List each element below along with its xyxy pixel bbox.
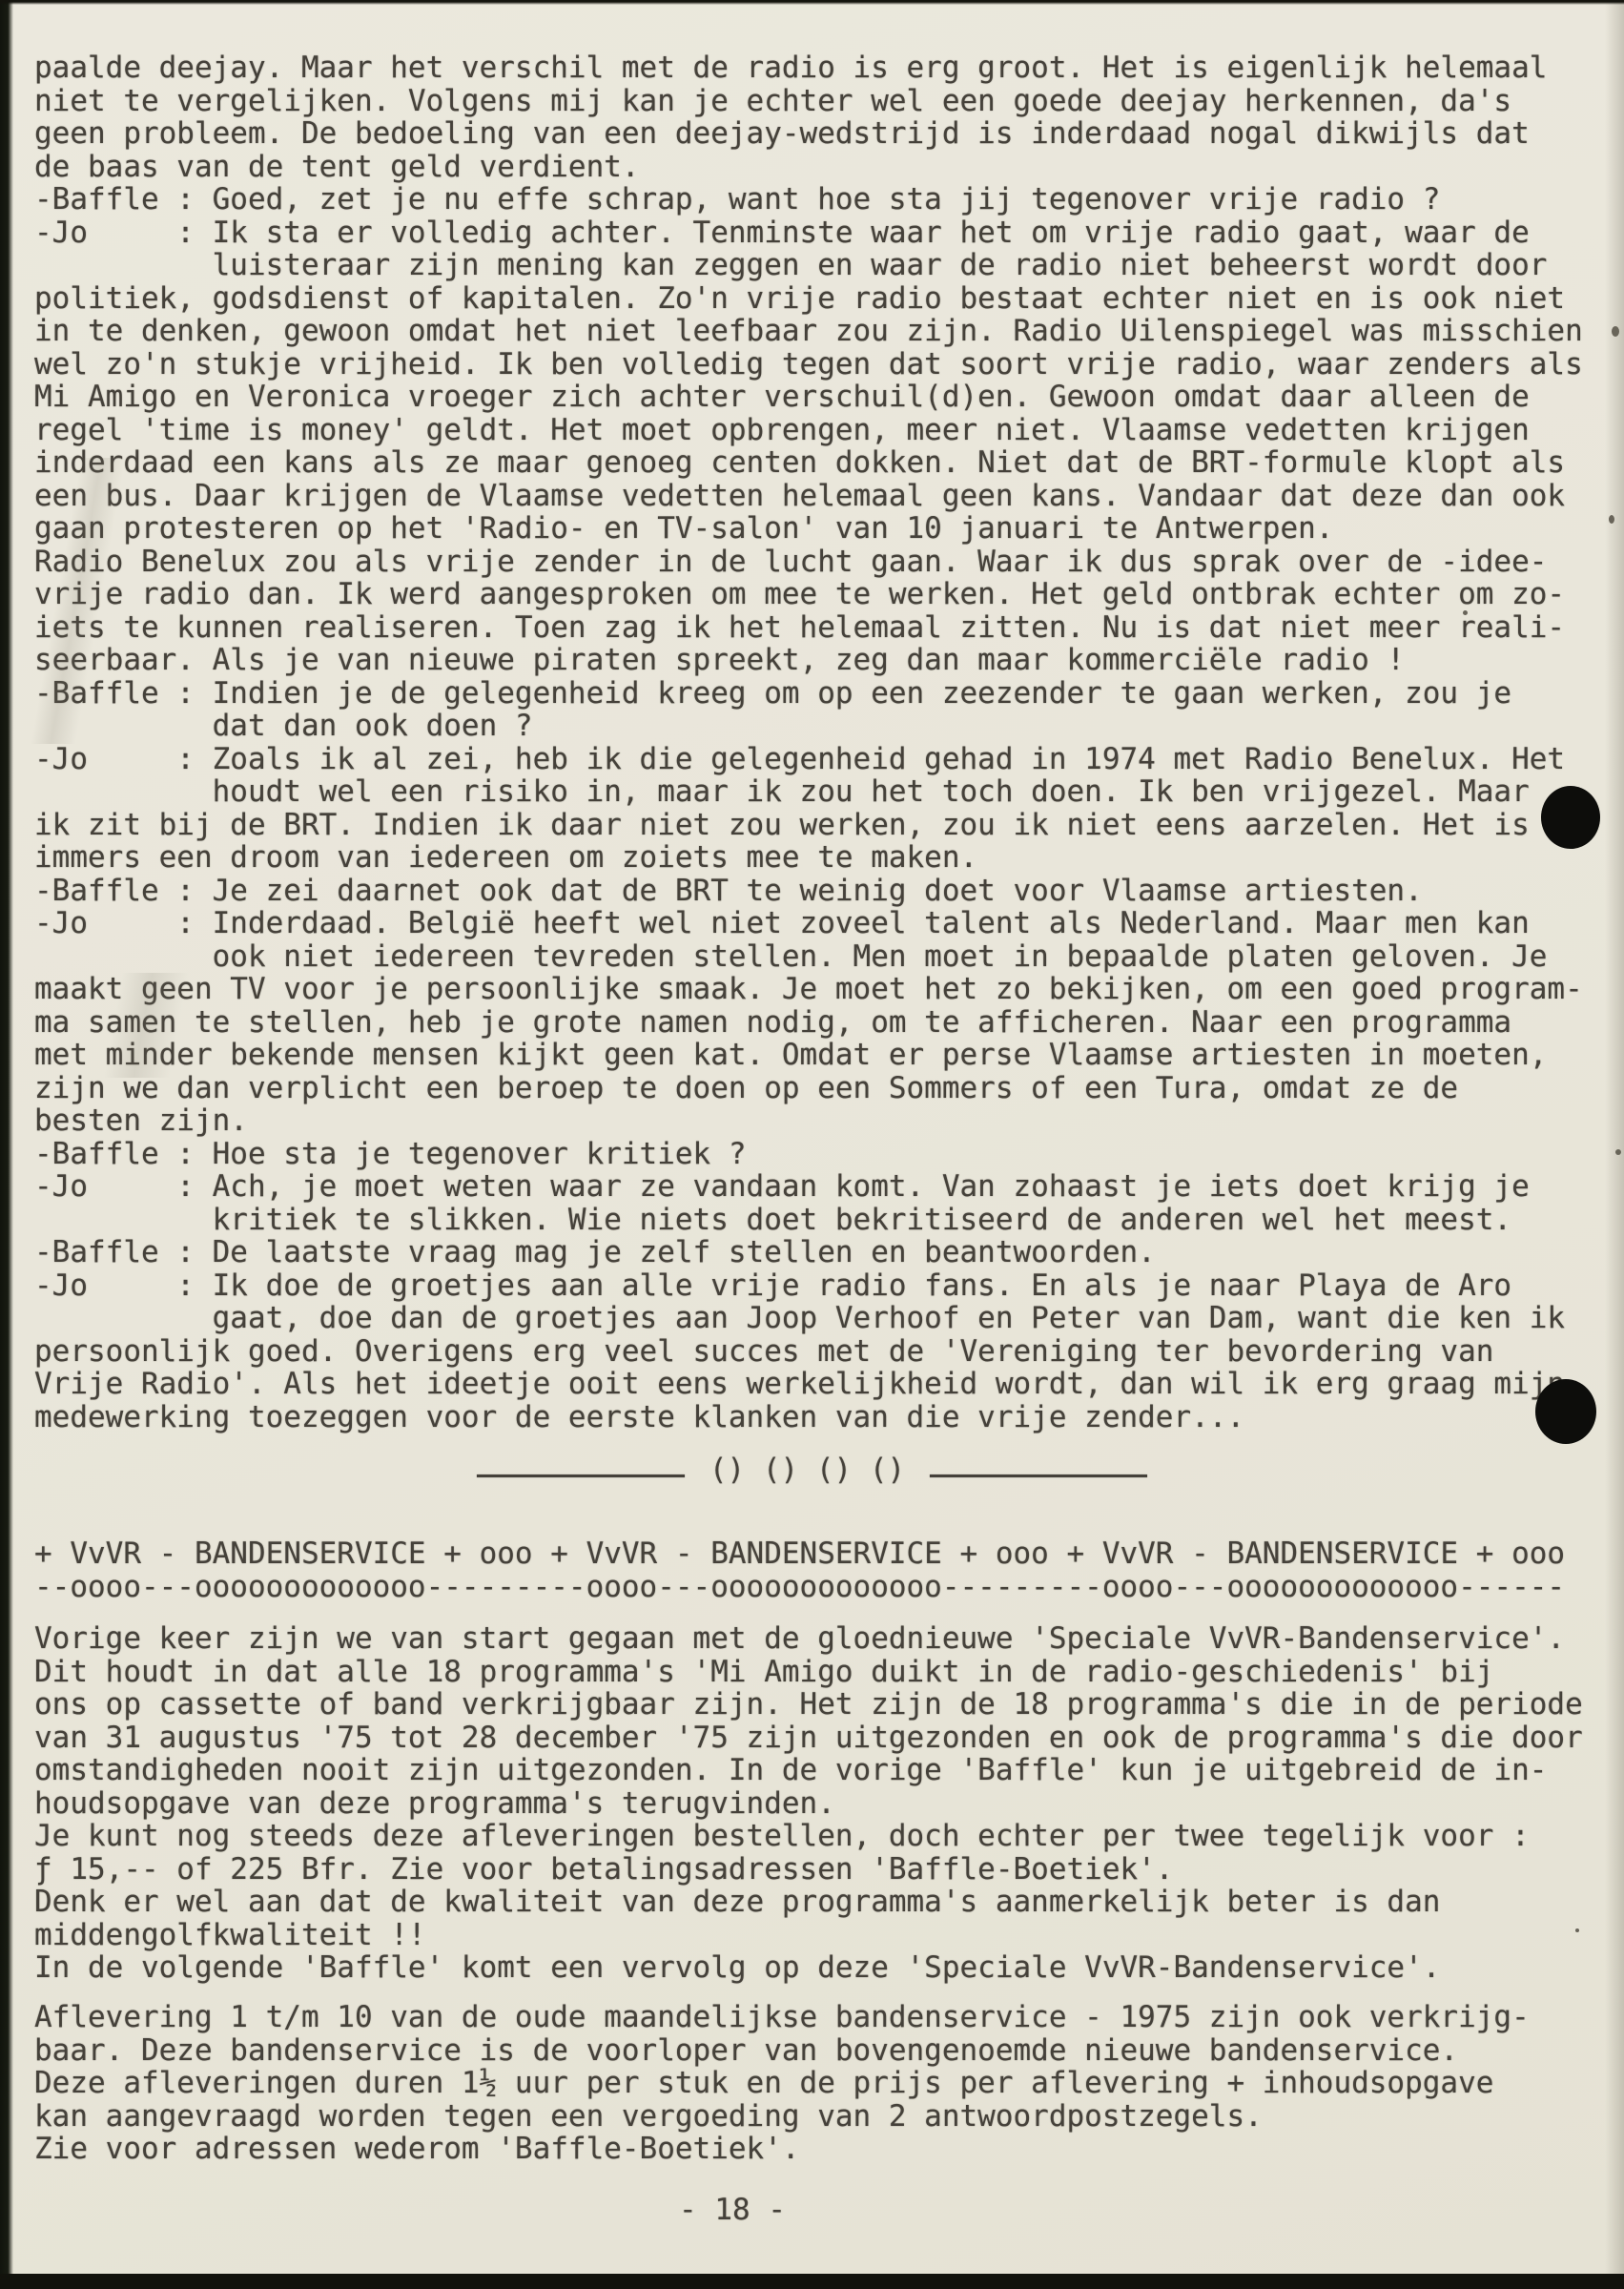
typed-line: zijn we dan verplicht een beroep te doen… xyxy=(34,1072,1583,1105)
scan-edge-top xyxy=(0,0,1624,5)
interview-text-block: paalde deejay. Maar het verschil met de … xyxy=(34,52,1583,1433)
typed-line: kritiek te slikken. Wie niets doet bekri… xyxy=(34,1204,1583,1237)
bandenservice-banner-title: + VvVR - BANDENSERVICE + ooo + VvVR - BA… xyxy=(34,1537,1565,1571)
typed-line: -Jo : Inderdaad. België heeft wel niet z… xyxy=(34,907,1583,940)
bandenservice-text-block: Vorige keer zijn we van start gegaan met… xyxy=(34,1622,1583,1985)
typed-line: inderdaad een kans als ze maar genoeg ce… xyxy=(34,446,1583,480)
divider-rule-right xyxy=(930,1474,1147,1477)
typed-line: -Jo : Ach, je moet weten waar ze vandaan… xyxy=(34,1170,1583,1204)
typed-line: dat dan ook doen ? xyxy=(34,710,1583,743)
typed-line: Zie voor adressen wederom 'Baffle-Boetie… xyxy=(34,2133,1530,2166)
typed-line: -Baffle : De laatste vraag mag je zelf s… xyxy=(34,1236,1583,1269)
hole-punch-bottom xyxy=(1535,1379,1596,1444)
typed-line: -Jo : Ik sta er volledig achter. Tenmins… xyxy=(34,217,1583,250)
bandenservice-banner-underline: --oooo---ooooooooooooo---------oooo---oo… xyxy=(34,1571,1565,1604)
typed-line: iets te kunnen realiseren. Toen zag ik h… xyxy=(34,611,1583,645)
scanned-typewritten-page: paalde deejay. Maar het verschil met de … xyxy=(0,0,1624,2289)
typed-line: -Baffle : Je zei daarnet ook dat de BRT … xyxy=(34,875,1583,908)
typed-line: regel 'time is money' geldt. Het moet op… xyxy=(34,414,1583,447)
typed-line: maakt geen TV voor je persoonlijke smaak… xyxy=(34,973,1583,1006)
typed-line: -Baffle : Goed, zet je nu effe schrap, w… xyxy=(34,183,1583,217)
typed-line: niet te vergelijken. Volgens mij kan je … xyxy=(34,85,1583,118)
typed-line: Deze afleveringen duren 1½ uur per stuk … xyxy=(34,2067,1530,2100)
typed-line: politiek, godsdienst of kapitalen. Zo'n … xyxy=(34,282,1583,316)
typed-line: persoonlijk goed. Overigens erg veel suc… xyxy=(34,1335,1583,1369)
typed-line: In de volgende 'Baffle' komt een vervolg… xyxy=(34,1951,1583,1985)
page-number: - 18 - xyxy=(679,2194,786,2227)
typed-line: ƒ 15,-- of 225 Bfr. Zie voor betalingsad… xyxy=(34,1853,1583,1887)
typed-line: Vorige keer zijn we van start gegaan met… xyxy=(34,1622,1583,1656)
typed-line: baar. Deze bandenservice is de voorloper… xyxy=(34,2034,1530,2068)
typed-line: Radio Benelux zou als vrije zender in de… xyxy=(34,546,1583,579)
typed-line: -Jo : Zoals ik al zei, heb ik die gelege… xyxy=(34,743,1583,776)
divider-rule-left xyxy=(477,1474,685,1477)
typed-line: de baas van de tent geld verdient. xyxy=(34,151,1583,184)
section-divider: () () () () xyxy=(0,1454,1624,1487)
hole-punch-top xyxy=(1541,786,1600,849)
typed-line: ma samen te stellen, heb je grote namen … xyxy=(34,1006,1583,1040)
typed-line: gaat, doe dan de groetjes aan Joop Verho… xyxy=(34,1302,1583,1335)
typed-line: vrije radio dan. Ik werd aangesproken om… xyxy=(34,578,1583,611)
typed-line: gaan protesteren op het 'Radio- en TV-sa… xyxy=(34,512,1583,546)
scan-edge-left xyxy=(0,0,13,2289)
oude-bandenservice-text-block: Aflevering 1 t/m 10 van de oude maandeli… xyxy=(34,2001,1530,2166)
typed-line: van 31 augustus '75 tot 28 december '75 … xyxy=(34,1722,1583,1755)
typed-line: geen probleem. De bedoeling van een deej… xyxy=(34,117,1583,151)
typed-line: -Jo : Ik doe de groetjes aan alle vrije … xyxy=(34,1269,1583,1303)
paper-right-edge-shadow xyxy=(1605,0,1624,2289)
typed-line: paalde deejay. Maar het verschil met de … xyxy=(34,52,1583,85)
typed-line: houdsopgave van deze programma's terugvi… xyxy=(34,1787,1583,1821)
typed-line: medewerking toezeggen voor de eerste kla… xyxy=(34,1401,1583,1434)
typed-line: Denk er wel aan dat de kwaliteit van dez… xyxy=(34,1886,1583,1919)
typed-line: wel zo'n stukje vrijheid. Ik ben volledi… xyxy=(34,348,1583,381)
typed-line: Je kunt nog steeds deze afleveringen bes… xyxy=(34,1820,1583,1853)
typed-line: luisteraar zijn mening kan zeggen en waa… xyxy=(34,249,1583,282)
typed-line: ons op cassette of band verkrijgbaar zij… xyxy=(34,1688,1583,1722)
typed-line: kan aangevraagd worden tegen een vergoed… xyxy=(34,2100,1530,2134)
typed-line: besten zijn. xyxy=(34,1104,1583,1138)
typed-line: immers een droom van iedereen om zoiets … xyxy=(34,841,1583,875)
typed-line: in te denken, gewoon omdat het niet leef… xyxy=(34,315,1583,348)
typed-line: omstandigheden nooit zijn uitgezonden. I… xyxy=(34,1754,1583,1787)
scan-edge-bottom xyxy=(0,2274,1624,2289)
scan-speck xyxy=(1575,1928,1579,1932)
typed-line: middengolfkwaliteit !! xyxy=(34,1919,1583,1952)
typed-line: een bus. Daar krijgen de Vlaamse vedette… xyxy=(34,480,1583,513)
typed-line: Dit houdt in dat alle 18 programma's 'Mi… xyxy=(34,1656,1583,1689)
typed-line: ik zit bij de BRT. Indien ik daar niet z… xyxy=(34,809,1583,842)
typed-line: ook niet iedereen tevreden stellen. Men … xyxy=(34,940,1583,974)
typed-line: -Baffle : Indien je de gelegenheid kreeg… xyxy=(34,677,1583,711)
typed-line: houdt wel een risiko in, maar ik zou het… xyxy=(34,775,1583,809)
typed-line: Vrije Radio'. Als het ideetje ooit eens … xyxy=(34,1368,1583,1401)
typed-line: Mi Amigo en Veronica vroeger zich achter… xyxy=(34,381,1583,414)
typed-line: met minder bekende mensen kijkt geen kat… xyxy=(34,1039,1583,1072)
typed-line: Aflevering 1 t/m 10 van de oude maandeli… xyxy=(34,2001,1530,2034)
typed-line: seerbaar. Als je van nieuwe piraten spre… xyxy=(34,644,1583,677)
divider-symbols: () () () () xyxy=(709,1454,905,1487)
scan-speck xyxy=(1463,610,1468,615)
typed-line: -Baffle : Hoe sta je tegenover kritiek ? xyxy=(34,1138,1583,1171)
